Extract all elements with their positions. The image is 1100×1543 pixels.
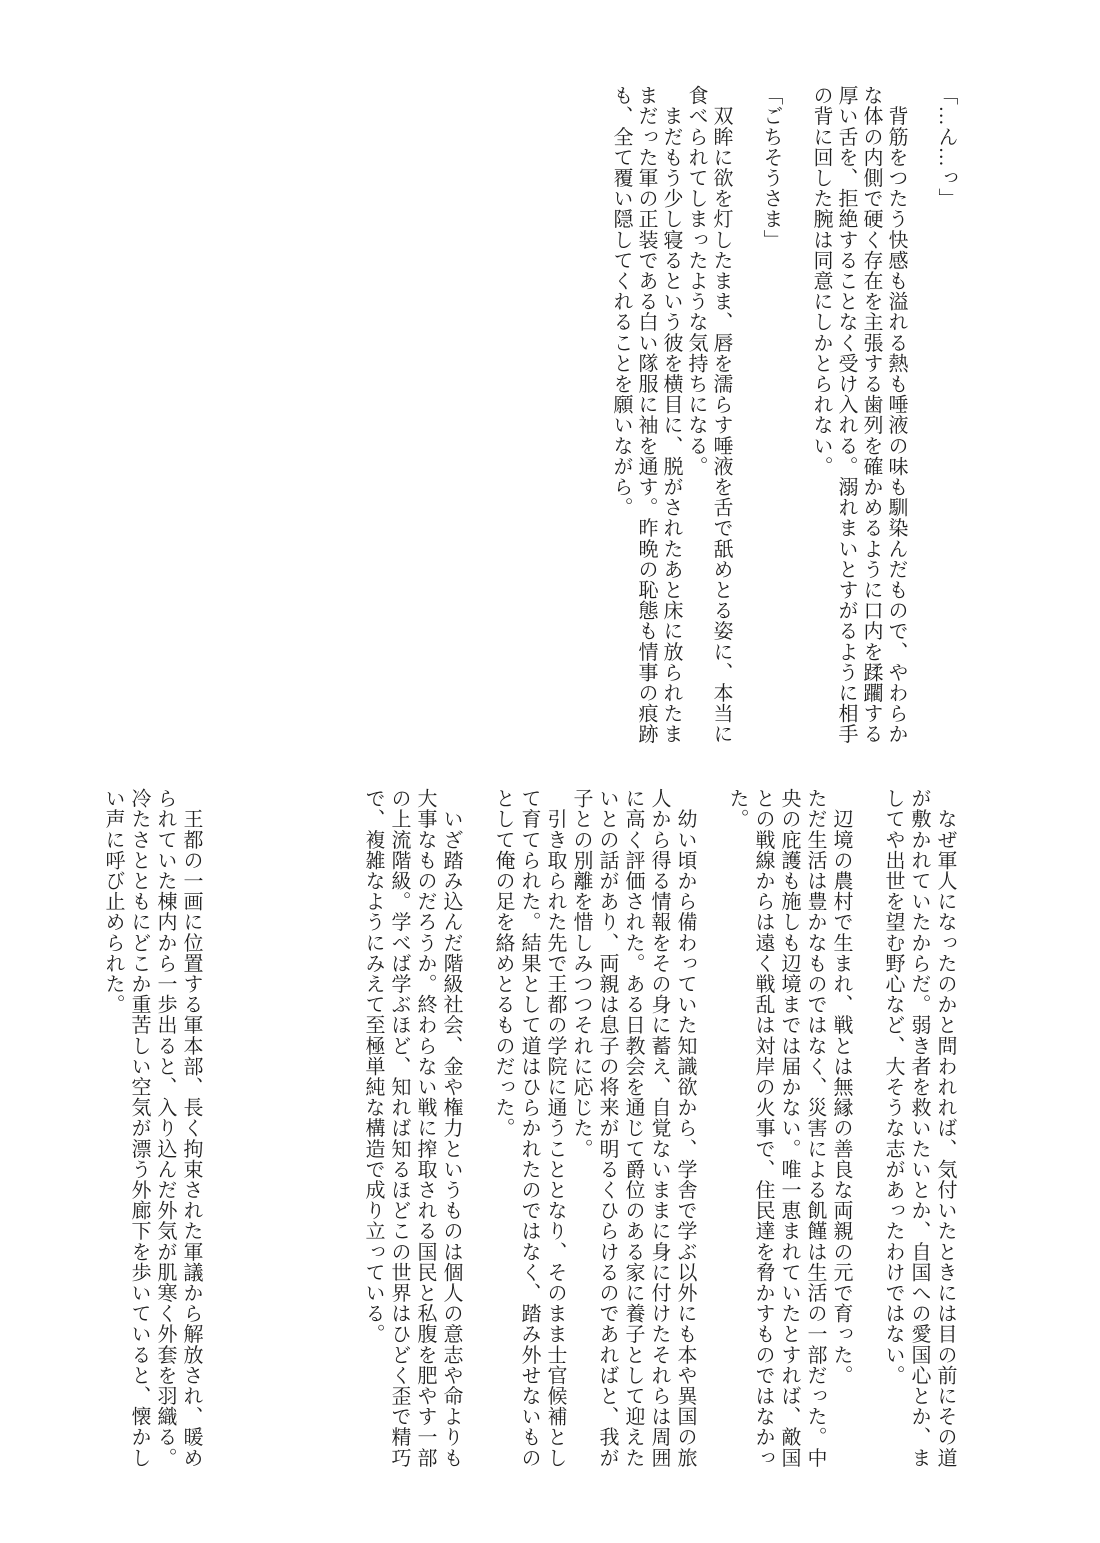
text-line: 冷たさとともにどこか重苦しい空気が漂う外廊下を歩いていると、懐かし bbox=[126, 788, 152, 1480]
text-line: な体の内側で硬く存在を主張する歯列を確かめるように口内を蹂躙する bbox=[858, 85, 883, 750]
text-line: 子との別離を惜しみつつそれに応じた。 bbox=[568, 788, 594, 1480]
text-line: 引き取られた先で王都の学院に通うこととなり、そのまま士官候補とし bbox=[542, 788, 568, 1480]
text-line: 食べられてしまったような気持ちになる。 bbox=[683, 85, 708, 750]
text-line: いとの話があり、両親は息子の将来が明るくひらけるのであればと、我が bbox=[594, 788, 620, 1480]
text-line: なぜ軍人になったのかと問われれば、気付いたときには目の前にその道 bbox=[932, 788, 958, 1480]
text-line: 幼い頃から備わっていた知識欲から、学舎で学ぶ以外にも本や異国の旅 bbox=[672, 788, 698, 1480]
blank-line bbox=[256, 788, 282, 1480]
text-line: 辺境の農村で生まれ、戦とは無縁の善良な両親の元で育った。 bbox=[828, 788, 854, 1480]
blank-line bbox=[733, 85, 758, 750]
text-line: まだった軍の正装である白い隊服に袖を通す。昨晩の恥態も情事の痕跡 bbox=[633, 85, 658, 750]
page: 「…ん…っ」 背筋をつたう快感も溢れる熱も唾液の味も馴染んだもので、やわらかな体… bbox=[0, 0, 1100, 1543]
blank-line bbox=[334, 788, 360, 1480]
text-line: 双眸に欲を灯したまま、唇を濡らす唾液を舌で舐めとる姿に、本当に bbox=[708, 85, 733, 750]
blank-line bbox=[854, 788, 880, 1480]
text-line: が敷かれていたからだ。弱き者を救いたいとか、自国への愛国心とか、ま bbox=[906, 788, 932, 1480]
text-line: で、複雑なようにみえて至極単純な構造で成り立っている。 bbox=[360, 788, 386, 1480]
text-line: の背に回した腕は同意にしかとられない。 bbox=[808, 85, 833, 750]
text-line: 大事なものだろうか。終わらない戦に搾取される国民と私腹を肥やす一部 bbox=[412, 788, 438, 1480]
blank-line bbox=[908, 85, 933, 750]
text-line: いざ踏み込んだ階級社会、金や権力というものは個人の意志や命よりも bbox=[438, 788, 464, 1480]
blank-line bbox=[308, 788, 334, 1480]
blank-line bbox=[230, 788, 256, 1480]
text-line: も、全て覆い隠してくれることを願いながら。 bbox=[608, 85, 633, 750]
blank-line bbox=[698, 788, 724, 1480]
text-line: い声に呼び止められた。 bbox=[100, 788, 126, 1480]
text-line: との戦線からは遠く戦乱は対岸の火事で、住民達を脅かすものではなかっ bbox=[750, 788, 776, 1480]
text-block-upper: 「…ん…っ」 背筋をつたう快感も溢れる熱も唾液の味も馴染んだもので、やわらかな体… bbox=[608, 85, 958, 750]
text-line: として俺の足を絡めとるものだった。 bbox=[490, 788, 516, 1480]
text-line: 「ごちそうさま」 bbox=[758, 85, 783, 750]
blank-line bbox=[204, 788, 230, 1480]
text-line: 王都の一画に位置する軍本部、長く拘束された軍議から解放され、暖め bbox=[178, 788, 204, 1480]
text-block-lower: なぜ軍人になったのかと問われれば、気付いたときには目の前にその道が敷かれていたか… bbox=[100, 788, 958, 1480]
text-line: 「…ん…っ」 bbox=[933, 85, 958, 750]
text-line: まだもう少し寝るという彼を横目に、脱がされたあと床に放られたま bbox=[658, 85, 683, 750]
text-line: 人から得る情報をその身に蓄え、自覚ないままに身に付けたそれらは周囲 bbox=[646, 788, 672, 1480]
text-line: て育てられた。結果として道はひらかれたのではなく、踏み外せないもの bbox=[516, 788, 542, 1480]
text-line: ただ生活は豊かなものではなく、災害による飢饉は生活の一部だった。中 bbox=[802, 788, 828, 1480]
text-line: 央の庇護も施しも辺境までは届かない。唯一恵まれていたとすれば、敵国 bbox=[776, 788, 802, 1480]
text-line: られていた棟内から一歩出ると、入り込んだ外気が肌寒く外套を羽織る。 bbox=[152, 788, 178, 1480]
text-line: た。 bbox=[724, 788, 750, 1480]
blank-line bbox=[282, 788, 308, 1480]
blank-line bbox=[783, 85, 808, 750]
text-line: に高く評価された。ある日教会を通じて爵位のある家に養子として迎えた bbox=[620, 788, 646, 1480]
text-line: の上流階級。学べば学ぶほど、知れば知るほどこの世界はひどく歪で精巧 bbox=[386, 788, 412, 1480]
text-line: してや出世を望む野心など、大そうな志があったわけではない。 bbox=[880, 788, 906, 1480]
blank-line bbox=[464, 788, 490, 1480]
text-line: 厚い舌を、拒絶することなく受け入れる。溺れまいとすがるように相手 bbox=[833, 85, 858, 750]
text-line: 背筋をつたう快感も溢れる熱も唾液の味も馴染んだもので、やわらか bbox=[883, 85, 908, 750]
